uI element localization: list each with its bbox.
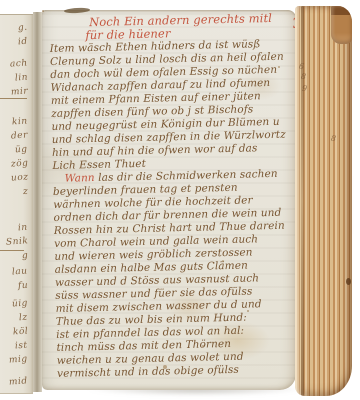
left-page-word-fragment: mir [10,86,28,97]
manuscript-text-block: Noch Ein andern gerechts mitlfür die hüe… [49,11,303,380]
left-page-word-fragment: mid [9,376,28,387]
left-page-sliver: g.idachlinmirkinderügzöguozzinSnikglaufu… [0,14,33,394]
left-page-word-fragment: zög [10,158,28,169]
red-lead-word: Wann [65,172,99,185]
left-page-word-fragment: der [11,130,29,141]
left-page-word-fragment: uoz [10,172,28,183]
left-page-word-fragment: ach [10,58,28,69]
edge-ink-mark: 9 [301,84,307,94]
left-page-word-fragment: lz [19,313,28,324]
left-page-word-fragment: g. [18,23,28,34]
manuscript-photo: g.idachlinmirkinderügzöguozzinSnikglaufu… [0,0,360,400]
ink-specks [42,10,44,12]
left-page-word-fragment: kin [12,116,28,127]
margin-rule [0,98,27,99]
left-page-word-fragment: köl [12,326,28,337]
left-page-word-fragment: mig [9,354,28,365]
left-page-word-fragment: üg [15,145,28,156]
left-page-word-fragment: g [21,251,28,261]
page-top-smudge [64,7,90,13]
edge-dark-spot [346,278,351,285]
left-page-word-fragment: lau [12,266,28,277]
margin-rule [0,250,24,251]
manuscript-page: Noch Ein andern gerechts mitlfür die hüe… [42,10,296,390]
left-page-word-fragment: id [18,37,28,48]
left-page-word-fragment: fu [18,281,29,292]
edge-ink-mark: 8 [300,72,306,82]
left-page-word-fragment: in [18,223,28,234]
book-gutter [33,12,42,392]
left-page-word-fragment: Snik [5,236,28,248]
left-page-word-fragment: z [22,187,28,197]
left-page-word-fragment: ist [15,341,28,352]
edge-ink-mark: 8 [330,134,336,144]
left-page-word-fragment: lin [15,73,29,84]
damaged-corner [331,6,352,44]
fore-edge-page-stack: 6898 [295,6,352,396]
left-page-word-fragment: üig [12,298,29,309]
